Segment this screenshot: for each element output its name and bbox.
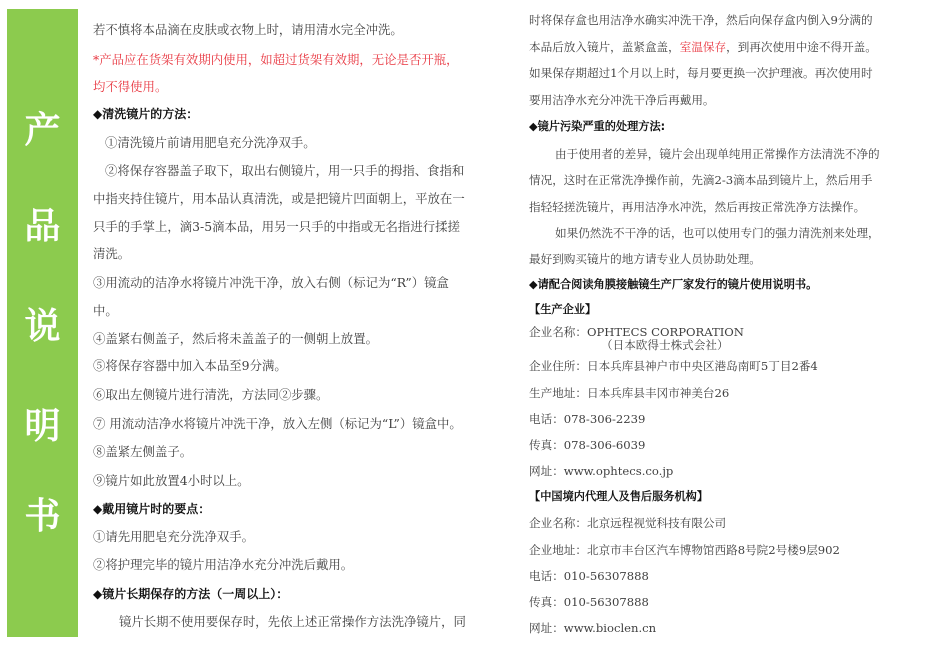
step-line: ①清洗镜片前请用肥皂充分洗净双手。 — [93, 135, 316, 151]
paragraph-line: 最好到购买镜片的地方请专业人员协助处理。 — [529, 251, 761, 267]
agent-address: 企业地址：北京市丰台区汽车博物馆西路8号院2号楼9层902 — [529, 542, 840, 558]
manufacturer-name-jp: （日本欧得士株式会社） — [529, 337, 729, 353]
step-line: 只手的手掌上，滴3-5滴本品，用另一只手的中指或无名指进行揉搓 — [93, 219, 460, 235]
title-char: 书 — [7, 497, 78, 537]
manufacturer-website: 网址：www.ophtecs.co.jp — [529, 463, 673, 479]
title-char: 产 — [7, 111, 78, 151]
manufacturer-production-address: 生产地址：日本兵库县丰冈市神美台26 — [529, 385, 729, 401]
agent-heading: 【中国境内代理人及售后服务机构】 — [529, 489, 708, 505]
step-line: 中。 — [93, 303, 118, 319]
paragraph-line: 情况，这时在正常洗净操作前，先滴2-3滴本品到镜片上，然后用手 — [529, 172, 872, 188]
step-line: 清洗。 — [93, 246, 130, 262]
step-line: ①请先用肥皂充分洗净双手。 — [93, 529, 254, 545]
paragraph-line: 要用洁净水充分冲洗干净后再戴用。 — [529, 92, 715, 108]
step-line: ⑧盖紧左侧盖子。 — [93, 444, 192, 460]
notice-heading: ◆请配合阅读角膜接触镜生产厂家发行的镜片使用说明书。 — [529, 277, 817, 293]
title-sidebar: 产 品 说 明 书 — [7, 9, 78, 637]
title-char: 品 — [7, 207, 78, 247]
paragraph-line: 本品后放入镜片，盖紧盒盖，室温保存，到再次使用中途不得开盖。 — [529, 39, 877, 55]
paragraph-line: 指轻轻搓洗镜片，再用洁净水冲洗，然后再按正常洗净方法操作。 — [529, 199, 865, 215]
manufacturer-phone: 电话：078-306-2239 — [529, 411, 645, 427]
title-char: 明 — [7, 407, 78, 447]
agent-name: 企业名称：北京远程视觉科技有限公司 — [529, 515, 726, 531]
step-line: ⑨镜片如此放置4小时以上。 — [93, 473, 250, 489]
agent-fax: 传真：010-56307888 — [529, 594, 649, 610]
step-line: ⑦ 用流动洁净水将镜片冲洗干净，放入左侧（标记为“L”）镜盒中。 — [93, 416, 462, 432]
text-line: 若不慎将本品滴在皮肤或衣物上时，请用清水完全冲洗。 — [93, 22, 403, 38]
step-line: 中指夹持住镜片，用本品认真清洗，或是把镜片凹面朝上，平放在一 — [93, 191, 465, 207]
paragraph-line: 镜片长期不使用要保存时，先依上述正常操作方法洗净镜片，同 — [93, 614, 466, 630]
manufacturer-heading: 【生产企业】 — [529, 302, 596, 318]
step-line: ②将保存容器盖子取下，取出右侧镜片，用一只手的拇指、食指和 — [93, 163, 464, 179]
agent-website: 网址：www.bioclen.cn — [529, 620, 656, 636]
section-heading-long-storage: ◆镜片长期保存的方法（一周以上）： — [93, 586, 288, 602]
text-segment: ，到再次使用中途不得开盖。 — [726, 40, 877, 54]
step-line: ④盖紧右侧盖子，然后将未盖盖子的一侧朝上放置。 — [93, 331, 378, 347]
paragraph-line: 如果保存期超过1个月以上时，每月要更换一次护理液。再次使用时 — [529, 65, 873, 81]
step-line: ⑤将保存容器中加入本品至9分满。 — [93, 358, 287, 374]
room-temp-highlight: 室温保存 — [680, 40, 726, 54]
paragraph-line: 时将保存盒也用洁净水确实冲洗干净，然后向保存盒内倒入9分满的 — [529, 12, 873, 28]
section-heading-cleaning: ◆清洗镜片的方法： — [93, 106, 198, 122]
section-heading-wearing: ◆戴用镜片时的要点： — [93, 501, 210, 517]
warning-line: 均不得使用。 — [93, 79, 167, 95]
step-line: ⑥取出左侧镜片进行清洗，方法同②步骤。 — [93, 387, 328, 403]
agent-phone: 电话：010-56307888 — [529, 568, 649, 584]
text-segment: 本品后放入镜片，盖紧盒盖， — [529, 40, 680, 54]
section-heading-heavy-soil: ◆镜片污染严重的处理方法: — [529, 119, 665, 135]
manufacturer-fax: 传真：078-306-6039 — [529, 437, 645, 453]
paragraph-line: 由于使用者的差异，镜片会出现单纯用正常操作方法清洗不净的 — [529, 146, 880, 162]
paragraph-line: 如果仍然洗不干净的话，也可以使用专门的强力清洗剂来处理， — [529, 225, 880, 241]
warning-line: *产品应在货架有效期内使用，如超过货架有效期，无论是否开瓶， — [93, 52, 459, 68]
step-line: ③用流动的洁净水将镜片冲洗干净，放入右侧（标记为“R”）镜盒 — [93, 275, 449, 291]
step-line: ②将护理完毕的镜片用洁净水充分冲洗后戴用。 — [93, 557, 353, 573]
manufacturer-address: 企业住所：日本兵库县神户市中央区港岛南町5丁目2番4 — [529, 358, 818, 374]
title-char: 说 — [7, 307, 78, 347]
